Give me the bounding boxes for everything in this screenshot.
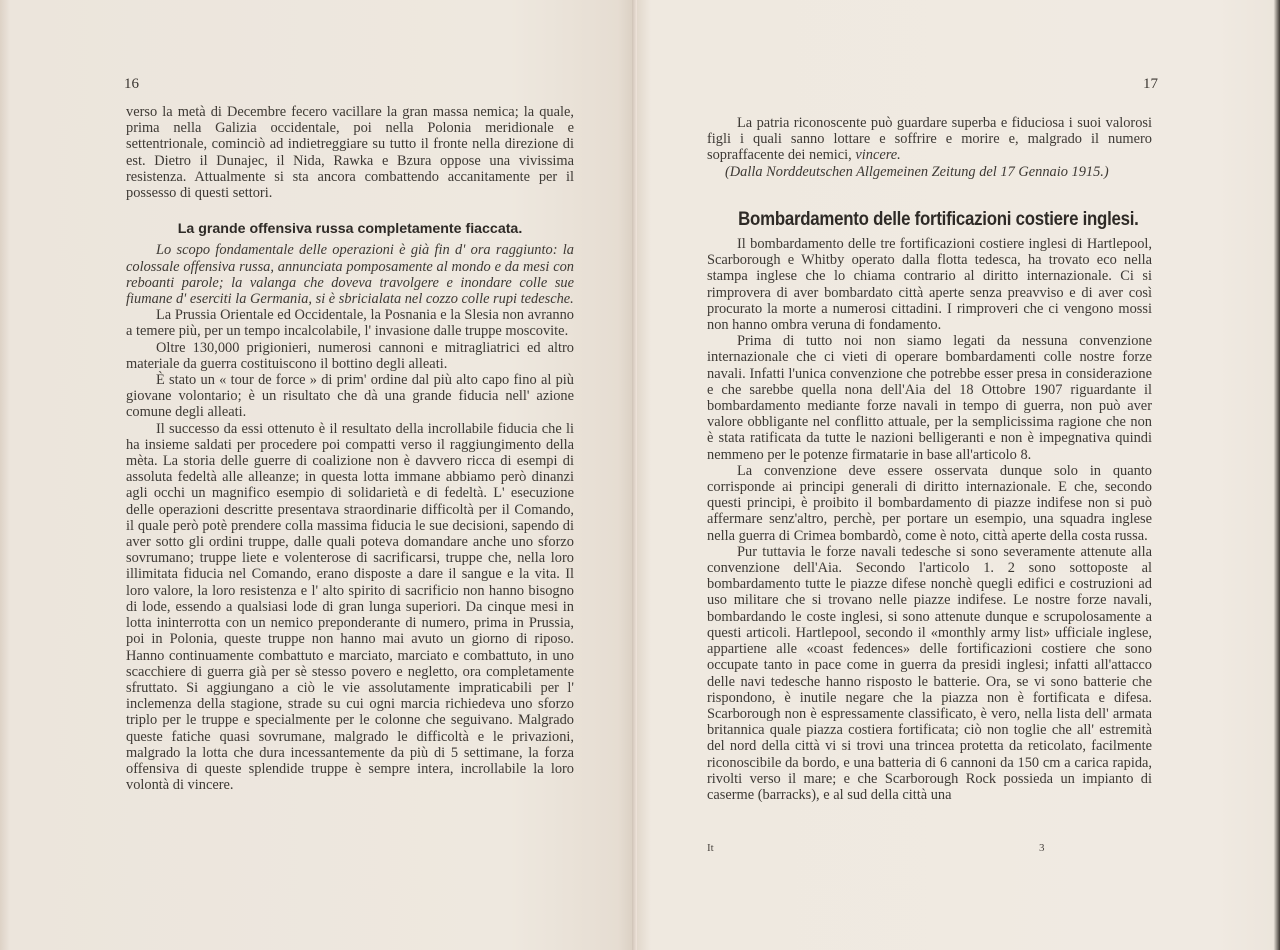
- right-page-body: La patria riconoscente può guardare supe…: [707, 115, 1152, 803]
- signature-mark: 3: [1039, 842, 1045, 854]
- closing-paragraph-text: La patria riconoscente può guardare supe…: [707, 115, 1152, 163]
- printer-signature: It: [707, 842, 714, 854]
- section-heading: Bombardamento delle fortificazioni costi…: [738, 211, 1121, 227]
- paragraph: La convenzione deve essere osservata dun…: [707, 463, 1152, 544]
- paragraph: Oltre 130,000 prigionieri, numerosi cann…: [126, 340, 574, 372]
- section-heading: La grande offensiva russa completamente …: [126, 221, 574, 237]
- closing-paragraph: La patria riconoscente può guardare supe…: [707, 115, 1152, 164]
- italic-paragraph: Lo scopo fondamentale delle operazioni è…: [126, 242, 574, 307]
- paragraph: La Prussia Orientale ed Occidentale, la …: [126, 307, 574, 339]
- paragraph: È stato un « tour de force » di prim' or…: [126, 372, 574, 421]
- paragraph: verso la metà di Decembre fecero vacilla…: [126, 104, 574, 201]
- page-number-right: 17: [1143, 76, 1158, 93]
- left-page-body: verso la metà di Decembre fecero vacilla…: [126, 104, 574, 793]
- paragraph: Il bombardamento delle tre fortificazion…: [707, 236, 1152, 333]
- paragraph: Pur tuttavia le forze navali tedesche si…: [707, 544, 1152, 803]
- source-citation: (Dalla Norddeutschen Allgemeinen Zeitung…: [707, 164, 1152, 180]
- paragraph: Il successo da essi ottenuto è il result…: [126, 421, 574, 794]
- paragraph: Prima di tutto noi non siamo legati da n…: [707, 333, 1152, 463]
- left-page: 16 verso la metà di Decembre fecero vaci…: [0, 0, 637, 950]
- right-page: 17 La patria riconoscente può guardare s…: [637, 0, 1280, 950]
- page-number-left: 16: [124, 76, 139, 93]
- closing-paragraph-italic: vincere.: [855, 147, 900, 163]
